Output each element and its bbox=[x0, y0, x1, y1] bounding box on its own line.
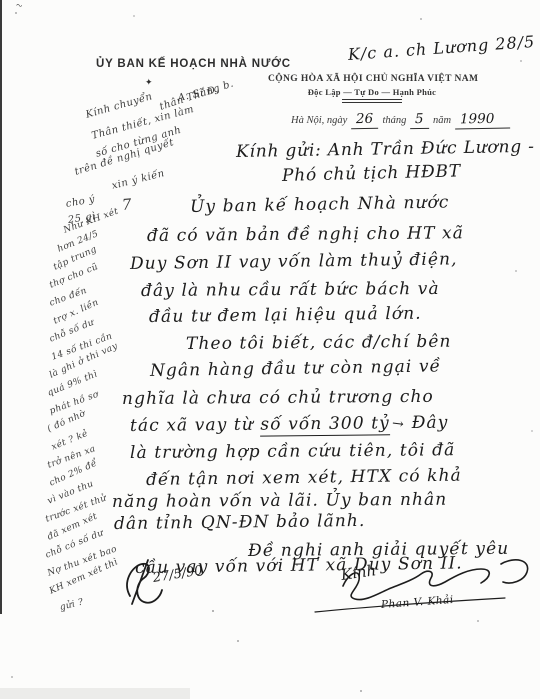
dateline-year-handwritten: 1990 bbox=[455, 111, 511, 130]
illegible-margin-note: 7 bbox=[121, 195, 133, 214]
dateline-month-handwritten: 5 bbox=[410, 111, 429, 129]
body-line: đã có văn bản đề nghị cho HT xã bbox=[147, 223, 464, 246]
loan-line-suffix: Đây bbox=[412, 413, 449, 433]
body-line: năng hoàn vốn và lãi. Ủy ban nhân bbox=[112, 490, 447, 512]
scan-edge-line bbox=[0, 0, 2, 614]
body-line-loan-amount: tác xã vay từ số vốn 300 tỷ→Đây bbox=[130, 413, 449, 436]
loan-line-prefix: tác xã vay từ bbox=[130, 415, 261, 436]
body-line: Ủy ban kế hoạch Nhà nước bbox=[190, 192, 450, 217]
body-line: nghĩa là chưa có chủ trương cho bbox=[122, 387, 434, 409]
scanned-letter-page: ~ ỦY BAN KẾ HOẠCH NHÀ NƯỚC ✦ CỘNG HÒA XÃ… bbox=[0, 0, 540, 699]
scan-noise-speckles bbox=[15, 12, 17, 14]
signature-flourish bbox=[305, 556, 540, 620]
body-line: Duy Sơn II vay vốn làm thuỷ điện, bbox=[130, 249, 458, 274]
scan-corner-smudge bbox=[0, 688, 190, 699]
body-line: Ngân hàng đầu tư còn ngại về bbox=[150, 356, 441, 381]
dateline-month-label: tháng bbox=[382, 115, 406, 126]
body-line: Theo tôi biết, các đ/chí bên bbox=[186, 332, 452, 354]
body-line: là trường hợp cần cứu tiên, tôi đã bbox=[130, 440, 456, 463]
body-line: đầu tư đem lại hiệu quả lớn. bbox=[149, 304, 422, 327]
letterhead-ornament-icon: ✦ bbox=[145, 77, 153, 88]
underlined-loan-amount: số vốn 300 tỷ bbox=[260, 413, 390, 436]
illegible-margin-note: cho ý bbox=[65, 194, 96, 210]
body-line: đến tận nơi xem xét, HTX có khả bbox=[146, 466, 462, 490]
motto-rule bbox=[342, 99, 402, 103]
illegible-margin-note: thân Thắng b. bbox=[158, 78, 235, 112]
dateline-prefix: Hà Nội, ngày bbox=[291, 115, 347, 126]
dateline: Hà Nội, ngày 26 tháng 5 năm 1990 bbox=[291, 111, 510, 129]
salutation-line-2: Phó chủ tịch HĐBT bbox=[282, 161, 461, 186]
routing-note: K/c a. ch Lương 28/5 bbox=[347, 32, 535, 64]
national-motto: Độc Lập — Tự Do — Hạnh Phúc bbox=[268, 87, 476, 97]
agency-name: ỦY BAN KẾ HOẠCH NHÀ NƯỚC bbox=[96, 58, 291, 70]
national-header: CỘNG HÒA XÃ HỘI CHỦ NGHĨA VIỆT NAM Độc L… bbox=[268, 74, 476, 103]
dateline-day-handwritten: 26 bbox=[351, 111, 378, 129]
republic-title: CỘNG HÒA XÃ HỘI CHỦ NGHĨA VIỆT NAM bbox=[268, 74, 476, 84]
scan-tick-mark: ~ bbox=[14, 0, 23, 13]
underline-arrow-icon: → bbox=[391, 415, 406, 433]
salutation-line-1: Kính gửi: Anh Trần Đức Lương - bbox=[236, 137, 535, 162]
illegible-margin-note: xin ý kiến bbox=[111, 168, 166, 192]
body-line: dân tỉnh QN-ĐN bảo lãnh. bbox=[114, 511, 366, 534]
illegible-margin-note: gửi ? bbox=[59, 597, 85, 613]
dateline-year-label: năm bbox=[433, 115, 451, 126]
body-line: đây là nhu cầu rất bức bách và bbox=[141, 279, 440, 301]
